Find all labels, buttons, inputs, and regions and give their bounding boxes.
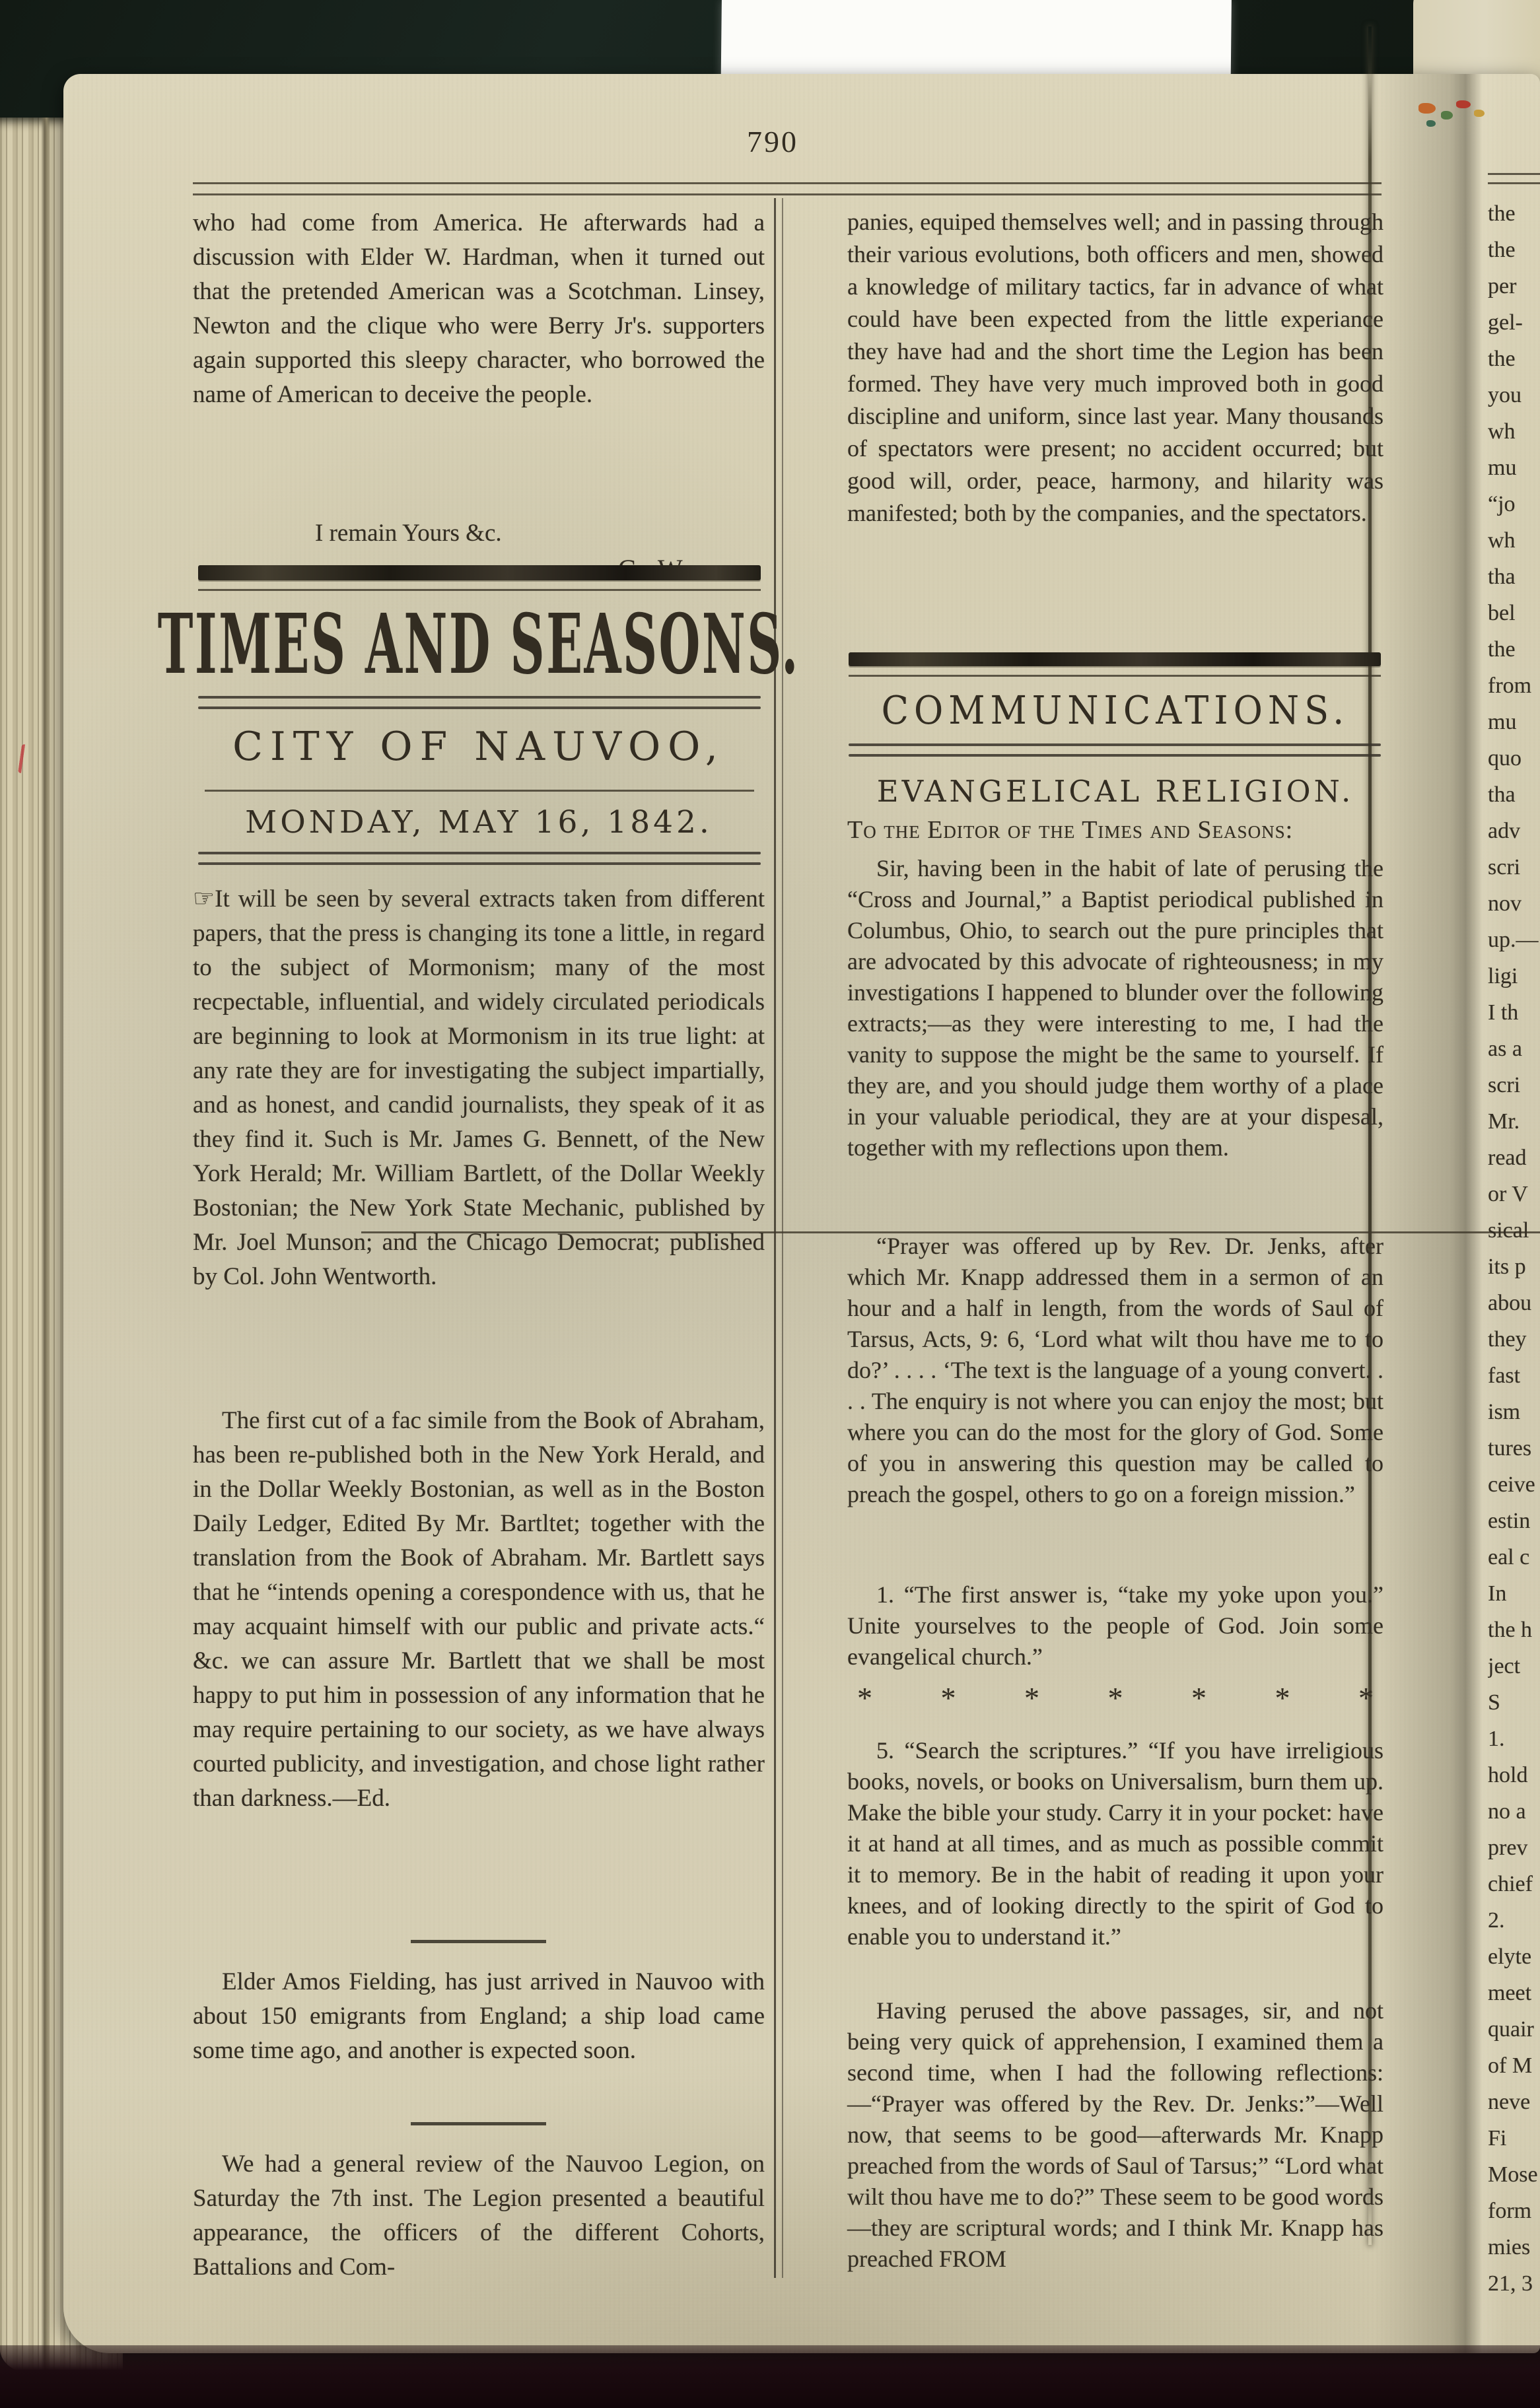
fragment-line: elyte — [1488, 1939, 1540, 1975]
fragment-line: the — [1488, 195, 1540, 232]
fragment-line: “jo — [1488, 486, 1540, 522]
asterisk-separator: * * * * * * * — [847, 1682, 1383, 1713]
fragment-line: neve — [1488, 2084, 1540, 2120]
article-paragraph: Having perused the above passages, sir, … — [847, 1995, 1383, 2275]
fragment-line: eal c — [1488, 1539, 1540, 1575]
sliver-top-rule — [1488, 182, 1540, 184]
marbling-dot — [1456, 100, 1471, 108]
fragment-line: estin — [1488, 1503, 1540, 1539]
right-column-article: To the Editor of the Times and Seasons: … — [847, 0, 1383, 2408]
article-paragraph: Sir, having been in the habit of late of… — [847, 853, 1383, 1163]
fragment-line: 21, 3 — [1488, 2265, 1540, 2302]
fragment-line: quo — [1488, 740, 1540, 776]
fragment-line: tures — [1488, 1430, 1540, 1466]
fragment-line: its p — [1488, 1249, 1540, 1285]
fragment-line: quair — [1488, 2011, 1540, 2047]
fragment-line: wh — [1488, 522, 1540, 559]
marbling-dot — [1441, 111, 1453, 120]
facing-page-text-fragments: thethepergel-theyouwhmu“jowhthabelthefro… — [1488, 195, 1540, 2302]
fragment-line: as a — [1488, 1031, 1540, 1067]
fragment-line: gel- — [1488, 304, 1540, 341]
fragment-line: ceive — [1488, 1466, 1540, 1503]
article-salutation: To the Editor of the Times and Seasons: — [847, 815, 1383, 846]
fragment-line: 2. — [1488, 1902, 1540, 1939]
fragment-line: mies — [1488, 2229, 1540, 2265]
fragment-line: per — [1488, 268, 1540, 304]
article-paragraph: “Prayer was offered up by Rev. Dr. Jenks… — [847, 1231, 1383, 1510]
fragment-line: the — [1488, 631, 1540, 668]
fragment-line: read — [1488, 1140, 1540, 1176]
fragment-line: form — [1488, 2193, 1540, 2229]
fragment-line: nov — [1488, 885, 1540, 922]
sliver-top-rule — [1488, 173, 1540, 175]
fragment-line: from — [1488, 668, 1540, 704]
fragment-line: tha — [1488, 776, 1540, 813]
fragment-line: the — [1488, 341, 1540, 377]
fragment-line: wh — [1488, 413, 1540, 450]
fragment-line: abou — [1488, 1285, 1540, 1321]
article-paragraph: 1. “The first answer is, “take my yoke u… — [847, 1579, 1383, 1672]
fragment-line: prev — [1488, 1830, 1540, 1866]
fragment-line: mu — [1488, 704, 1540, 740]
fragment-line: chief — [1488, 1866, 1540, 1902]
book-photo: 790 who had come from America. He afterw… — [0, 0, 1540, 2408]
fragment-line: no a — [1488, 1793, 1540, 1830]
marbling-dot — [1426, 120, 1436, 127]
fragment-line: In — [1488, 1575, 1540, 1612]
fragment-line: tha — [1488, 559, 1540, 595]
fragment-line: Mose — [1488, 2156, 1540, 2193]
article-paragraph: 5. “Search the scriptures.” “If you have… — [847, 1735, 1383, 1952]
fragment-line: sical — [1488, 1212, 1540, 1249]
fragment-line: or V — [1488, 1176, 1540, 1212]
marbling-dot — [1418, 103, 1436, 114]
fragment-line: Fi — [1488, 2120, 1540, 2156]
fragment-line: S — [1488, 1684, 1540, 1721]
fragment-line: I th — [1488, 994, 1540, 1031]
fragment-line: meet — [1488, 1975, 1540, 2011]
fragment-line: hold — [1488, 1757, 1540, 1793]
fragment-line: you — [1488, 377, 1540, 413]
marbling-dot — [1474, 110, 1485, 117]
fragment-line: mu — [1488, 450, 1540, 486]
table-surface — [0, 2345, 1540, 2408]
fragment-line: of M — [1488, 2047, 1540, 2084]
fragment-line: adv — [1488, 813, 1540, 849]
fragment-line: ism — [1488, 1394, 1540, 1430]
fragment-line: ject — [1488, 1648, 1540, 1684]
fragment-line: ligi — [1488, 958, 1540, 994]
fragment-line: up.— — [1488, 922, 1540, 958]
fragment-line: 1. — [1488, 1721, 1540, 1757]
page-stack-groove — [41, 118, 50, 2376]
fragment-line: they — [1488, 1321, 1540, 1358]
fragment-line: scri — [1488, 1067, 1540, 1103]
fragment-line: bel — [1488, 595, 1540, 631]
fragment-line: scri — [1488, 849, 1540, 885]
fragment-line: fast — [1488, 1358, 1540, 1394]
column-rule — [774, 198, 783, 2278]
left-column-notices2: We had a general review of the Nauvoo Le… — [193, 0, 765, 2408]
notice-paragraph: We had a general review of the Nauvoo Le… — [193, 2147, 765, 2285]
fragment-line: the — [1488, 232, 1540, 268]
fragment-line: Mr. — [1488, 1103, 1540, 1140]
fragment-line: the h — [1488, 1612, 1540, 1648]
